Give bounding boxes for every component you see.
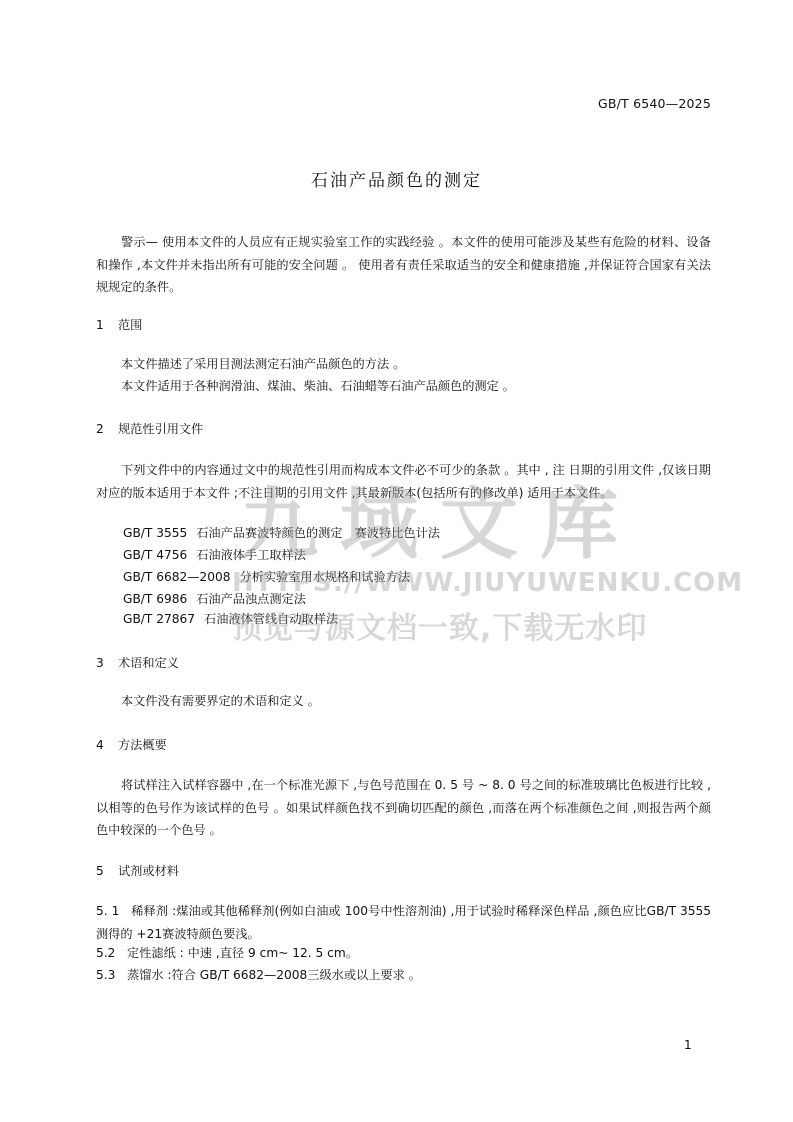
subclause-number: 5.2 <box>96 946 115 960</box>
section-number: 1 <box>96 318 118 332</box>
section-title: 术语和定义 <box>118 656 179 670</box>
reference-item: GB/T 27867石油液体管线自动取样法 <box>123 610 338 627</box>
reference-code: GB/T 4756 <box>123 548 187 562</box>
subclause-5-3: 5.3 蒸馏水 :符合 GB/T 6682—2008三级水或以上要求 。 <box>96 966 421 983</box>
section-heading-2: 2规范性引用文件 <box>96 420 203 437</box>
reference-title: 石油液体手工取样法 <box>196 548 306 562</box>
reference-item: GB/T 6682—2008分析实验室用水规格和试验方法 <box>123 568 410 585</box>
paragraph: 将试样注入试样容器中 ,在一个标准光源下 ,与色号范围在 0. 5 号 ~ 8.… <box>96 774 711 842</box>
reference-code: GB/T 6682—2008 <box>123 570 230 584</box>
paragraph: 本文件适用于各种润滑油、煤油、柴油、石油蜡等石油产品颜色的测定 。 <box>121 377 515 394</box>
section-heading-4: 4方法概要 <box>96 736 167 753</box>
subclause-number: 5.3 <box>96 968 115 982</box>
reference-code: GB/T 27867 <box>123 612 195 626</box>
warning-paragraph: 警示— 使用本文件的人员应有正规实验室工作的实践经验 。本文件的使用可能涉及某些… <box>96 231 711 299</box>
subclause-text: 蒸馏水 :符合 GB/T 6682—2008三级水或以上要求 。 <box>127 968 421 982</box>
subclause-5-1: 5. 1 稀释剂 :煤油或其他稀释剂(例如白油或 100号中性溶剂油) ,用于试… <box>96 900 711 945</box>
document-title: 石油产品颜色的测定 <box>0 166 793 191</box>
reference-item: GB/T 6986石油产品浊点测定法 <box>123 590 306 607</box>
section-title: 试剂或材料 <box>118 864 179 878</box>
page-number: 1 <box>684 1038 692 1052</box>
paragraph: 本文件没有需要界定的术语和定义 。 <box>121 692 320 709</box>
section-title: 方法概要 <box>118 738 167 752</box>
standard-number: GB/T 6540—2025 <box>598 96 711 111</box>
section-number: 4 <box>96 738 118 752</box>
reference-title: 分析实验室用水规格和试验方法 <box>239 570 410 584</box>
document-page: GB/T 6540—2025 石油产品颜色的测定 警示— 使用本文件的人员应有正… <box>0 0 793 1122</box>
section-title: 范围 <box>118 318 142 332</box>
reference-title: 石油液体管线自动取样法 <box>204 612 338 626</box>
section-number: 3 <box>96 656 118 670</box>
section-number: 2 <box>96 422 118 436</box>
section-heading-5: 5试剂或材料 <box>96 862 179 879</box>
reference-title: 石油产品赛波特颜色的测定 赛波特比色计法 <box>196 526 440 540</box>
section-heading-1: 1范围 <box>96 316 142 333</box>
section-heading-3: 3术语和定义 <box>96 654 179 671</box>
reference-title: 石油产品浊点测定法 <box>196 592 306 606</box>
paragraph: 本文件描述了采用目测法测定石油产品颜色的方法 。 <box>121 355 405 372</box>
reference-code: GB/T 6986 <box>123 592 187 606</box>
subclause-5-2: 5.2 定性滤纸 : 中速 ,直径 9 cm~ 12. 5 cm。 <box>96 944 358 961</box>
section-title: 规范性引用文件 <box>118 422 203 436</box>
subclause-text: 定性滤纸 : 中速 ,直径 9 cm~ 12. 5 cm。 <box>127 946 358 960</box>
subclause-text: 稀释剂 :煤油或其他稀释剂(例如白油或 100号中性溶剂油) ,用于试验时稀释深… <box>96 904 711 941</box>
section-number: 5 <box>96 864 118 878</box>
paragraph: 下列文件中的内容通过文中的规范性引用而构成本文件必不可少的条款 。其中 , 注 … <box>96 459 711 504</box>
reference-item: GB/T 4756石油液体手工取样法 <box>123 546 306 563</box>
reference-item: GB/T 3555石油产品赛波特颜色的测定 赛波特比色计法 <box>123 524 440 541</box>
subclause-number: 5. 1 <box>96 904 119 918</box>
reference-code: GB/T 3555 <box>123 526 187 540</box>
